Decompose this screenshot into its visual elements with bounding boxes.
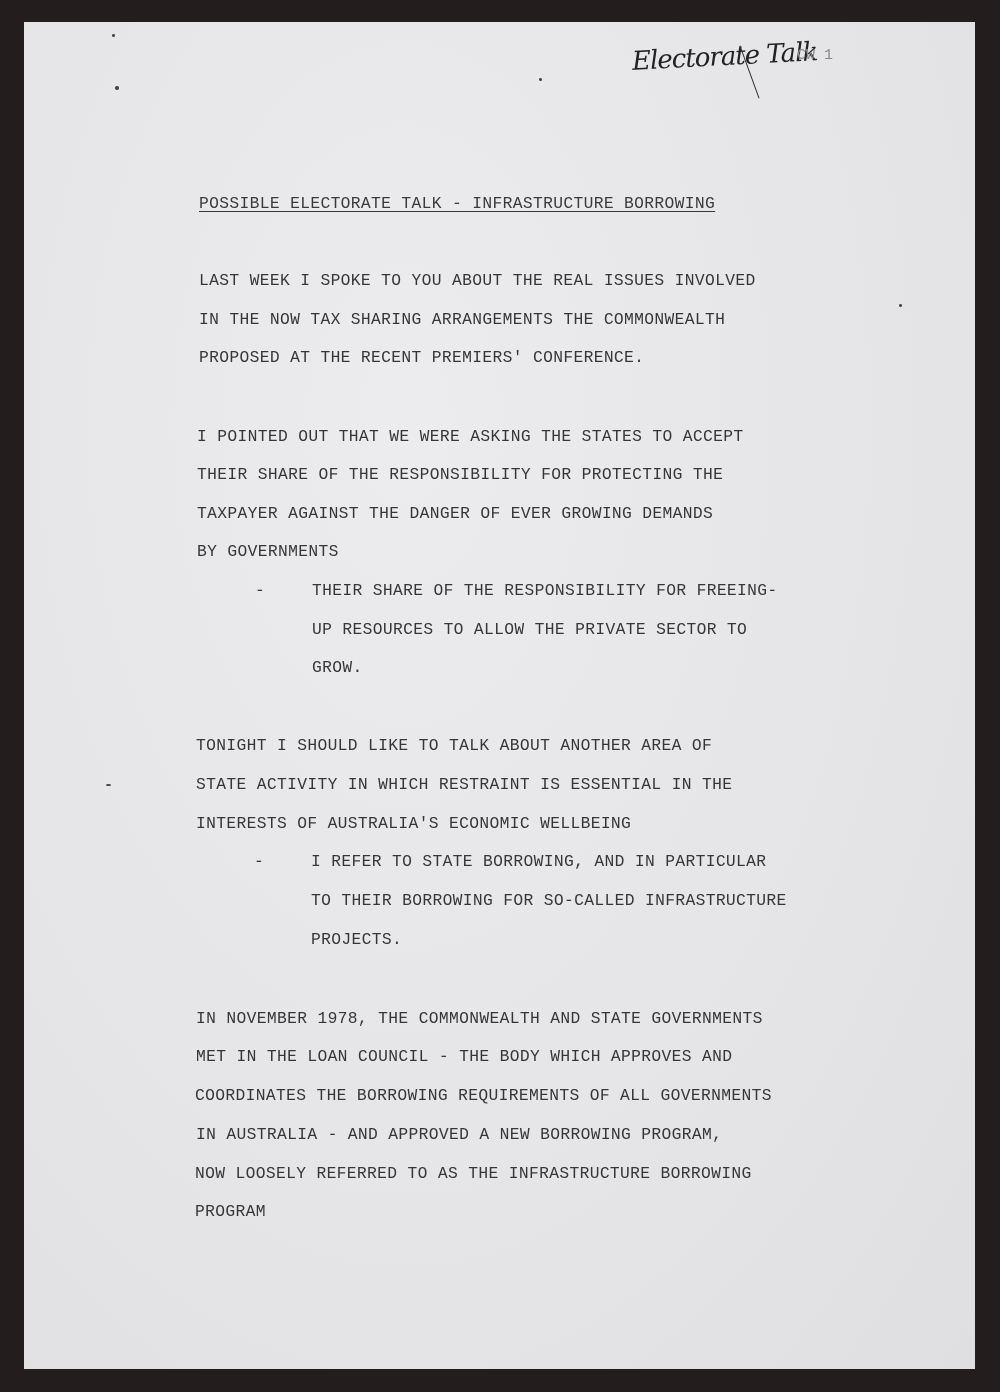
- paragraph-2-line-1: I POINTED OUT THAT WE WERE ASKING THE ST…: [197, 427, 744, 446]
- paragraph-2-line-3: TAXPAYER AGAINST THE DANGER OF EVER GROW…: [197, 504, 713, 523]
- paragraph-3-bullet-line-2: TO THEIR BORROWING FOR SO-CALLED INFRAST…: [311, 891, 787, 910]
- paper-speck: [115, 86, 119, 90]
- paragraph-4-line-3: COORDINATES THE BORROWING REQUIREMENTS O…: [195, 1086, 772, 1105]
- paragraph-4-line-1: IN NOVEMBER 1978, THE COMMONWEALTH AND S…: [196, 1009, 763, 1028]
- paper-speck: [899, 304, 902, 307]
- paragraph-1-line-2: IN THE NOW TAX SHARING ARRANGEMENTS THE …: [199, 310, 725, 329]
- paragraph-1-line-1: LAST WEEK I SPOKE TO YOU ABOUT THE REAL …: [199, 271, 756, 290]
- paper-speck: [106, 784, 111, 786]
- paragraph-2-bullet-line-2: UP RESOURCES TO ALLOW THE PRIVATE SECTOR…: [312, 620, 747, 639]
- paragraph-4-line-4: IN AUSTRALIA - AND APPROVED A NEW BORROW…: [196, 1125, 722, 1144]
- paragraph-3-line-2: STATE ACTIVITY IN WHICH RESTRAINT IS ESS…: [196, 775, 732, 794]
- paragraph-2-bullet-line-1: THEIR SHARE OF THE RESPONSIBILITY FOR FR…: [312, 581, 778, 600]
- paper-speck: [539, 78, 542, 81]
- bullet-dash: -: [254, 852, 264, 871]
- paragraph-4-line-5: NOW LOOSELY REFERRED TO AS THE INFRASTRU…: [195, 1164, 752, 1183]
- paragraph-1-line-3: PROPOSED AT THE RECENT PREMIERS' CONFERE…: [199, 348, 644, 367]
- paragraph-3-line-1: TONIGHT I SHOULD LIKE TO TALK ABOUT ANOT…: [196, 736, 712, 755]
- paragraph-3-bullet-line-3: PROJECTS.: [311, 930, 402, 949]
- paragraph-3-bullet-line-1: I REFER TO STATE BORROWING, AND IN PARTI…: [311, 852, 766, 871]
- paragraph-4-line-6: PROGRAM: [195, 1202, 266, 1221]
- paragraph-2-bullet-line-3: GROW.: [312, 658, 363, 677]
- paragraph-2-line-4: BY GOVERNMENTS: [197, 542, 339, 561]
- bullet-dash: -: [255, 581, 265, 600]
- reference-code: CW 1: [797, 47, 833, 64]
- document-title: POSSIBLE ELECTORATE TALK - INFRASTRUCTUR…: [199, 194, 715, 213]
- paragraph-3-line-3: INTERESTS OF AUSTRALIA'S ECONOMIC WELLBE…: [196, 814, 631, 833]
- paragraph-4-line-2: MET IN THE LOAN COUNCIL - THE BODY WHICH…: [196, 1047, 732, 1066]
- paper-speck: [112, 34, 115, 37]
- paragraph-2-line-2: THEIR SHARE OF THE RESPONSIBILITY FOR PR…: [197, 465, 723, 484]
